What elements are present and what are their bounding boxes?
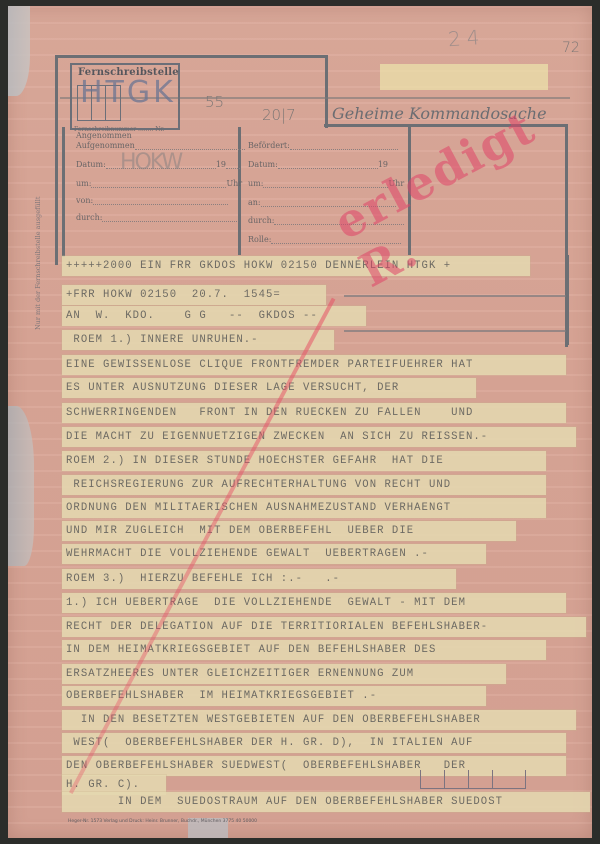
tape-strip [380, 64, 548, 90]
teletype-line: WEST( OBERBEFEHLSHABER DER H. GR. D), IN… [62, 733, 566, 753]
torn-edge [8, 6, 30, 96]
label-an: an: [248, 198, 261, 207]
label-durch: durch: [76, 213, 102, 222]
teletype-line: IN DEM HEIMATKRIEGSGEBIET AUF DEN BEFEHL… [62, 640, 546, 660]
teletype-line: SCHWERRINGENDEN FRONT IN DEN RUECKEN ZU … [62, 403, 566, 423]
label-datum: Datum: [76, 160, 106, 169]
label-datum: Datum: [248, 160, 278, 169]
form-frame-left [55, 55, 58, 265]
divider [62, 127, 65, 257]
pencil-mark-top: 24 [447, 25, 486, 52]
printer-imprint: Heger-Nr. 1573 Verlag und Druck: Heinr. … [68, 819, 257, 824]
label-rolle: Rolle: [248, 235, 271, 244]
teletype-line: ROEM 1.) INNERE UNRUHEN.- [62, 330, 334, 350]
teletype-line: RECHT DER DELEGATION AUF DIE TERRITIORIA… [62, 617, 586, 637]
scan-border [592, 0, 600, 844]
label-um: um: [248, 179, 263, 188]
teletype-line: UND MIR ZUGLEICH MIT DEM OBERBEFEHL UEBE… [62, 521, 516, 541]
teletype-line: WEHRMACHT DIE VOLLZIEHENDE GEWALT UEBERT… [62, 544, 486, 564]
teletype-line: ORDNUNG DEN MILITAERISCHEN AUSNAHMEZUSTA… [62, 498, 546, 518]
time-suffix: Uhr [226, 179, 242, 188]
year-prefix: 19 [378, 160, 388, 169]
teletype-line: +FRR HOKW 02150 20.7. 1545= [62, 285, 326, 305]
label-befoerdert: Befördert: [248, 141, 290, 150]
pencil-page-number: 72 [562, 40, 580, 56]
label-aufgenommen: Aufgenommen [76, 141, 135, 150]
office-stamp: Fernschreibstelle HTGK [70, 63, 180, 130]
torn-edge [8, 406, 34, 566]
teletype-line: +++++2000 EIN FRR GKDOS HOKW 02150 DENNE… [62, 256, 530, 276]
teletype-line: ROEM 2.) IN DIESER STUNDE HOECHSTER GEFA… [62, 451, 546, 471]
teletype-line: EINE GEWISSENLOSE CLIQUE FRONTFREMDER PA… [62, 355, 566, 375]
teletype-line: DIE MACHT ZU EIGENNUETZIGEN ZWECKEN AN S… [62, 427, 576, 447]
teletype-line: ES UNTER AUSNUTZUNG DIESER LAGE VERSUCHT… [62, 378, 476, 398]
teletype-line: IN DEN BESETZTEN WESTGEBIETEN AUF DEN OB… [62, 710, 576, 730]
label-angenommen: Angenommen [76, 131, 132, 140]
stamp-code: HTGK [80, 75, 176, 110]
teletype-line: REICHSREGIERUNG ZUR AUFRECHTERHALTUNG VO… [62, 475, 546, 495]
teletype-line: 1.) ICH UEBERTRAGE DIE VOLLZIEHENDE GEWA… [62, 593, 566, 613]
label-um: um: [76, 179, 91, 188]
grid-stamp [420, 770, 526, 789]
label-durch: durch: [248, 216, 274, 225]
year-prefix: 19 [216, 160, 226, 169]
margin-instruction: Nur mit der Fernschreibstelle ausgefüllt [34, 197, 42, 330]
teletype-line: IN DEM SUEDOSTRAUM AUF DEN OBERBEFEHLSHA… [62, 792, 590, 812]
teletype-line: ROEM 3.) HIERZU BEFEHLE ICH :.- .- [62, 569, 456, 589]
handwritten-signature: HOKW [120, 150, 181, 175]
label-von: von: [76, 196, 93, 205]
